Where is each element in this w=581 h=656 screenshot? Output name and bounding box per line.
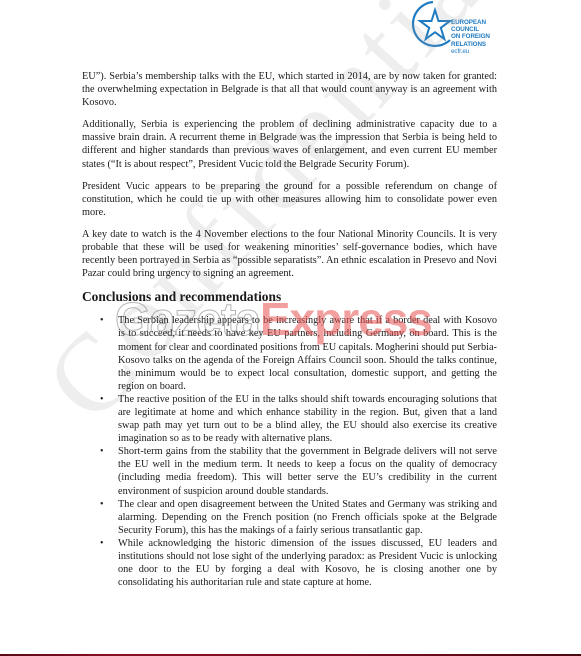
ecfr-logo: EUROPEAN COUNCIL ON FOREIGN RELATIONS ec… xyxy=(403,0,523,62)
bullet-icon: • xyxy=(100,445,104,458)
list-item: •Short-term gains from the stability tha… xyxy=(82,445,497,497)
list-item-text: The Serbian leadership appears to be inc… xyxy=(118,315,497,391)
list-item: •The Serbian leadership appears to be in… xyxy=(82,314,497,393)
recommendations-list: •The Serbian leadership appears to be in… xyxy=(82,314,497,589)
logo-line: EUROPEAN xyxy=(451,19,490,26)
list-item-text: While acknowledging the historic dimensi… xyxy=(118,538,497,588)
paragraph: A key date to watch is the 4 November el… xyxy=(82,228,497,280)
paragraph: EU”). Serbia’s membership talks with the… xyxy=(82,70,497,109)
section-heading: Conclusions and recommendations xyxy=(82,289,497,305)
paragraph: Additionally, Serbia is experiencing the… xyxy=(82,118,497,170)
list-item: •The reactive position of the EU in the … xyxy=(82,393,497,445)
logo-line: ON FOREIGN xyxy=(451,33,490,40)
bullet-icon: • xyxy=(100,498,104,511)
bullet-icon: • xyxy=(100,314,104,327)
list-item-text: The reactive position of the EU in the t… xyxy=(118,394,497,444)
list-item: •The clear and open disagreement between… xyxy=(82,498,497,537)
list-item-text: Short-term gains from the stability that… xyxy=(118,446,497,496)
logo-wordmark: EUROPEAN COUNCIL ON FOREIGN RELATIONS ec… xyxy=(451,19,490,55)
paragraph: President Vucic appears to be preparing … xyxy=(82,180,497,219)
logo-url: ecfr.eu xyxy=(451,48,490,55)
logo-line: RELATIONS xyxy=(451,41,490,48)
document-page: EUROPEAN COUNCIL ON FOREIGN RELATIONS ec… xyxy=(0,0,581,656)
document-body: EU”). Serbia’s membership talks with the… xyxy=(82,70,497,589)
logo-line: COUNCIL xyxy=(451,26,490,33)
bullet-icon: • xyxy=(100,393,104,406)
list-item-text: The clear and open disagreement between … xyxy=(118,499,497,536)
list-item: •While acknowledging the historic dimens… xyxy=(82,537,497,589)
bullet-icon: • xyxy=(100,537,104,550)
